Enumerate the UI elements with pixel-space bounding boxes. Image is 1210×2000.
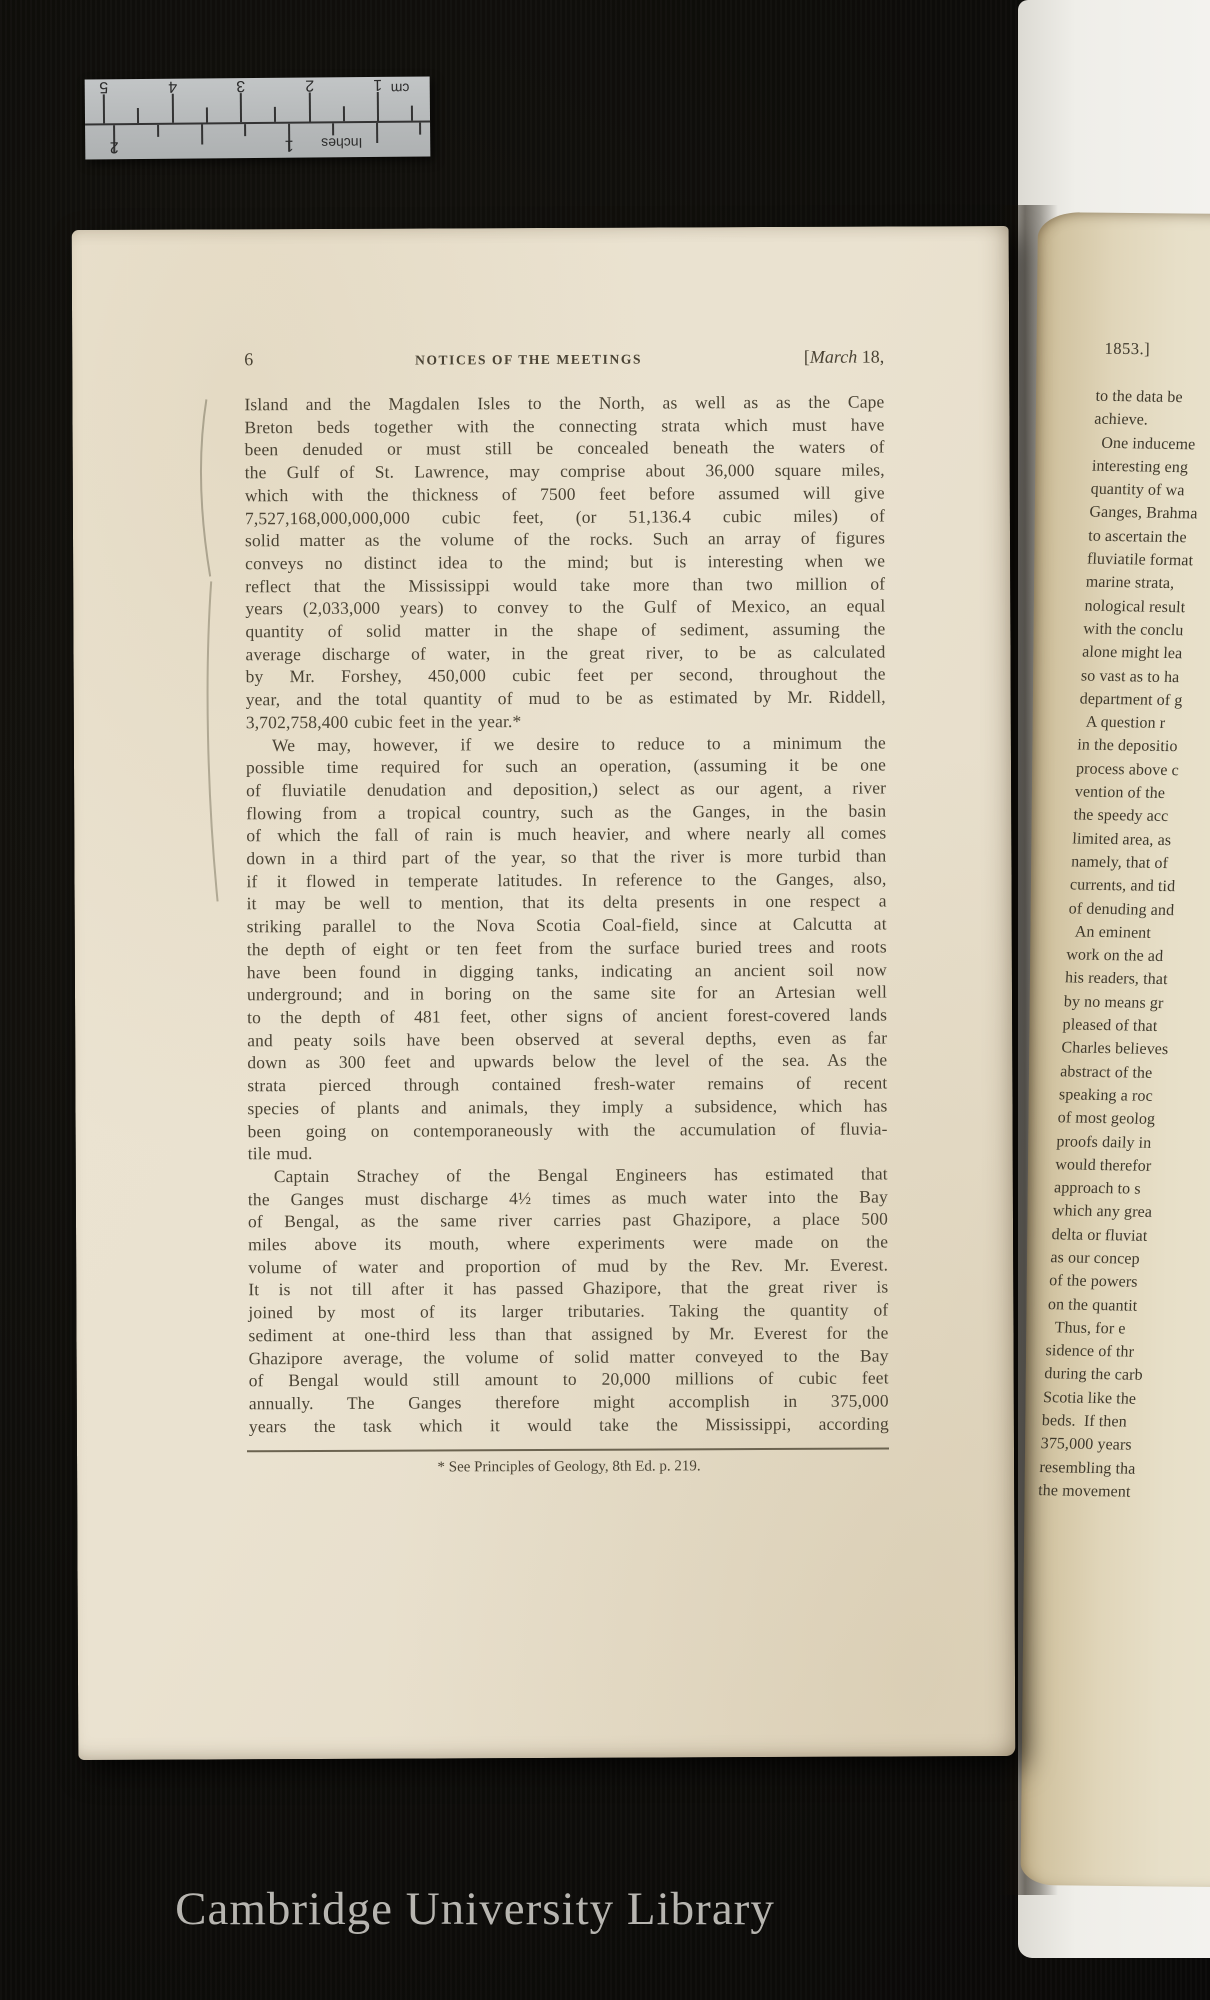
text-line: in the depositio [1077, 734, 1186, 759]
text-line: of which the fall of rain is much heavie… [246, 822, 886, 847]
text-line: of most geolog [1057, 1106, 1166, 1131]
right-page-year-header: 1853.] [1104, 339, 1150, 359]
ruler-tick [343, 106, 345, 121]
text-line: fluviatile format [1086, 548, 1195, 573]
text-line: conveys no distinct idea to the mind; bu… [245, 549, 885, 574]
text-line: process above c [1075, 757, 1184, 782]
text-line: as our concep [1050, 1246, 1159, 1271]
scan-background: 1853.] to the data beachieve. One induce… [0, 0, 1210, 2000]
ruler-tick [103, 94, 105, 123]
text-line: annually. The Ganges therefore might acc… [249, 1389, 889, 1414]
paragraph: We may, however, if we desire to reduce … [246, 731, 888, 1165]
text-line: delta or fluviat [1051, 1223, 1160, 1248]
text-line: the Gulf of St. Lawrence, may comprise a… [245, 459, 885, 484]
ruler-tick [157, 125, 159, 137]
text-line: with the conclu [1083, 617, 1192, 642]
ruler-number: 5 [94, 77, 114, 95]
text-line: to ascertain the [1088, 524, 1197, 549]
ruler-tick [244, 124, 246, 136]
text-line: approach to s [1053, 1176, 1162, 1201]
footnote: * See Principles of Geology, 8th Ed. p. … [249, 1457, 889, 1477]
text-line: flowing from a tropical country, such as… [246, 799, 886, 824]
library-watermark: Cambridge University Library [0, 1882, 950, 1936]
paragraph: Captain Strachey of the Bengal Engineers… [248, 1162, 889, 1437]
text-line: Charles believes [1061, 1037, 1170, 1062]
text-line: underground; and in boring on the same s… [247, 981, 887, 1006]
body-text-column: Island and the Magdalen Isles to the Nor… [244, 391, 889, 1438]
text-line: years the task which it would take the M… [249, 1412, 889, 1437]
ruler-tick [240, 93, 242, 122]
text-line: speaking a roc [1058, 1083, 1167, 1108]
text-line: solid matter as the volume of the rocks.… [245, 527, 885, 552]
text-line: possible time required for such an opera… [246, 754, 886, 779]
text-line: which with the thickness of 7500 feet be… [245, 481, 885, 506]
text-line: year, and the total quantity of mud to b… [246, 686, 886, 711]
ruler-number: 1 [368, 75, 388, 93]
text-line: of denuding and [1068, 897, 1177, 922]
text-line: sidence of thr [1045, 1339, 1154, 1364]
text-line: reflect that the Mississippi would take … [245, 572, 885, 597]
text-line: the Ganges must discharge 4½ times as mu… [248, 1185, 888, 1210]
text-line: Scotia like the [1043, 1386, 1152, 1411]
text-line: namely, that of [1071, 850, 1180, 875]
text-line: if it flowed in temperate latitudes. In … [246, 867, 886, 892]
ruler-tick [201, 124, 203, 144]
ruler-cm-label: cm [391, 81, 410, 97]
text-line: sediment at one-third less than that ass… [248, 1321, 888, 1346]
text-line: average discharge of water, in the great… [245, 640, 885, 665]
text-line: joined by most of its larger tributaries… [248, 1299, 888, 1324]
date-header: [March 18, [804, 347, 884, 368]
ruler-number: 4 [162, 77, 182, 95]
text-line: to the data be [1095, 385, 1204, 410]
footnote-rule [247, 1447, 889, 1451]
ruler-tick [411, 106, 413, 121]
text-line: marine strata, [1085, 571, 1194, 596]
ruler-tick [332, 123, 334, 135]
right-page-text-column: to the data beachieve. One inducemeinter… [1038, 385, 1205, 1505]
text-line: and peaty soils have been observed at se… [247, 1026, 887, 1051]
text-line: so vast as to ha [1080, 664, 1189, 689]
text-line: the depth of eight or ten feet from the … [247, 935, 887, 960]
text-line: 7,527,168,000,000,000 cubic feet, (or 51… [245, 504, 885, 529]
ruler-tick [377, 92, 379, 121]
ruler-number: 3 [231, 76, 251, 94]
text-line: volume of water and proportion of mud by… [248, 1253, 888, 1278]
text-line: achieve. [1094, 408, 1203, 433]
text-line: beds. If then [1041, 1409, 1150, 1434]
text-line: of the powers [1049, 1269, 1158, 1294]
text-line: have been found in digging tanks, indica… [247, 958, 887, 983]
text-line: pleased of that [1062, 1013, 1171, 1038]
text-line: during the carb [1044, 1363, 1153, 1388]
text-line: by Mr. Forshey, 450,000 cubic feet per s… [246, 663, 886, 688]
ruler-tick [171, 94, 173, 123]
text-line: the movement [1038, 1479, 1147, 1504]
next-page-partial: 1853.] to the data beachieve. One induce… [1020, 212, 1210, 1887]
ruler-number: 2 [299, 75, 319, 93]
text-line: It is not till after it has passed Ghazi… [248, 1276, 888, 1301]
text-line: Captain Strachey of the Bengal Engineers… [248, 1162, 888, 1187]
text-line: One induceme [1093, 431, 1202, 456]
text-line: alone might lea [1082, 641, 1191, 666]
page-number: 6 [244, 349, 253, 370]
ruler-tick [376, 123, 378, 143]
text-line: Ganges, Brahma [1089, 501, 1198, 526]
ruler-tick [206, 107, 208, 122]
text-line: abstract of the [1060, 1060, 1169, 1085]
text-line: interesting eng [1091, 454, 1200, 479]
page-header: 6 NOTICES OF THE MEETINGS [March 18, [244, 347, 884, 374]
text-line: down in a third part of the year, so tha… [246, 845, 886, 870]
paragraph: Island and the Magdalen Isles to the Nor… [244, 391, 885, 734]
text-line: resembling tha [1039, 1456, 1148, 1481]
ruler-tick [137, 108, 139, 123]
text-line: We may, however, if we desire to reduce … [246, 731, 886, 756]
date-month: March [810, 347, 857, 367]
ruler-inches-label: Inches [321, 135, 362, 151]
text-line: Breton beds together with the connecting… [244, 413, 884, 438]
text-line: quantity of wa [1090, 478, 1199, 503]
ruler-number: 1 [279, 136, 299, 154]
text-line: been going on contemporaneously with the… [248, 1117, 888, 1142]
text-line: it may be well to mention, that its delt… [247, 890, 887, 915]
text-line: 3,702,758,400 cubic feet in the year.* [246, 708, 886, 733]
text-line: by no means gr [1063, 990, 1172, 1015]
text-line: miles above its mouth, where experiments… [248, 1231, 888, 1256]
ruler-tick [308, 93, 310, 122]
text-line: 375,000 years [1040, 1432, 1149, 1457]
text-line: strata pierced through contained fresh-w… [247, 1072, 887, 1097]
date-day: 18, [857, 347, 884, 367]
text-line: years (2,033,000 years) to convey to the… [245, 595, 885, 620]
measurement-ruler: 5432121 cm Inches [85, 76, 431, 159]
text-line: limited area, as [1072, 827, 1181, 852]
text-line: to the depth of 481 feet, other signs of… [247, 1003, 887, 1028]
text-line: been denuded or must still be concealed … [245, 436, 885, 461]
text-line: would therefor [1055, 1153, 1164, 1178]
text-line: nological result [1084, 594, 1193, 619]
text-line: vention of the [1074, 780, 1183, 805]
running-title: NOTICES OF THE MEETINGS [415, 352, 642, 369]
text-line: of fluviatile denudation and deposition,… [246, 776, 886, 801]
text-line: which any grea [1052, 1200, 1161, 1225]
text-line: on the quantit [1047, 1293, 1156, 1318]
text-line: work on the ad [1066, 943, 1175, 968]
text-line: the speedy acc [1073, 804, 1182, 829]
text-line: down as 300 feet and upwards below the l… [247, 1049, 887, 1074]
text-line: Ghazipore average, the volume of solid m… [249, 1344, 889, 1369]
text-line: department of g [1079, 687, 1188, 712]
text-line: A question r [1078, 711, 1187, 736]
ruler-tick [274, 107, 276, 122]
book-page: 6 NOTICES OF THE MEETINGS [March 18, Isl… [72, 226, 1016, 1760]
text-line: of Bengal would still amount to 20,000 m… [249, 1367, 889, 1392]
text-line: striking parallel to the Nova Scotia Coa… [247, 913, 887, 938]
text-line: species of plants and animals, they impl… [247, 1094, 887, 1119]
text-line: tile mud. [248, 1140, 888, 1165]
text-line: proofs daily in [1056, 1130, 1165, 1155]
text-line: quantity of solid matter in the shape of… [245, 618, 885, 643]
text-line: An eminent [1067, 920, 1176, 945]
text-line: Thus, for e [1046, 1316, 1155, 1341]
text-line: of Bengal, as the same river carries pas… [248, 1208, 888, 1233]
ruler-tick [419, 123, 421, 135]
ruler-number: 2 [104, 137, 124, 155]
ruler-marks: 5432121 [85, 76, 430, 79]
text-line: currents, and tid [1069, 874, 1178, 899]
text-line: his readers, that [1064, 967, 1173, 992]
text-line: Island and the Magdalen Isles to the Nor… [244, 391, 884, 416]
